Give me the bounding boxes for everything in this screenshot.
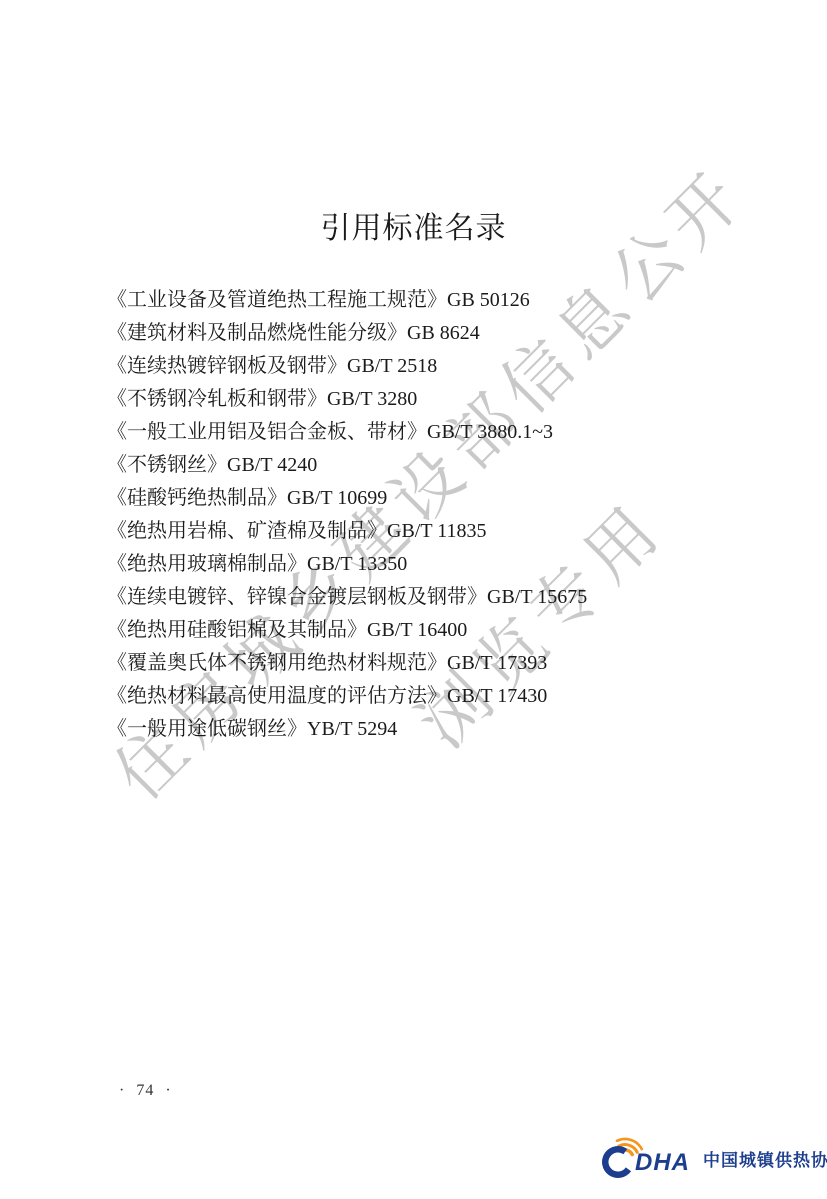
association-name: 中国城镇供热协会: [703, 1152, 827, 1169]
standard-item: 《建筑材料及制品燃烧性能分级》GB 8624: [107, 317, 587, 350]
page-title: 引用标准名录: [107, 203, 720, 247]
standard-name: 《不锈钢冷轧板和钢带》: [107, 388, 327, 410]
standard-name: 《连续电镀锌、锌镍合金镀层钢板及钢带》: [107, 586, 487, 608]
standard-item: 《绝热材料最高使用温度的评估方法》GB/T 17430: [107, 680, 587, 713]
standard-item: 《硅酸钙绝热制品》GB/T 10699: [107, 482, 587, 515]
standard-code: GB/T 4240: [227, 454, 317, 476]
standard-item: 《一般用途低碳钢丝》YB/T 5294: [107, 713, 587, 746]
standard-name: 《建筑材料及制品燃烧性能分级》: [107, 322, 407, 344]
standard-code: GB/T 16400: [367, 619, 467, 641]
standard-code: GB/T 10699: [287, 487, 387, 509]
association-logo: DHA 中国城镇供热协会: [598, 1130, 827, 1178]
document-page: 住房城乡建设部信息公开 浏览专用 引用标准名录 《工业设备及管道绝热工程施工规范…: [0, 0, 827, 1199]
standard-code: GB/T 2518: [347, 355, 437, 377]
standard-name: 《连续热镀锌钢板及钢带》: [107, 355, 347, 377]
standard-code: GB/T 3880.1~3: [427, 421, 553, 443]
standard-item: 《工业设备及管道绝热工程施工规范》GB 50126: [107, 284, 587, 317]
standard-name: 《不锈钢丝》: [107, 454, 227, 476]
standard-code: GB/T 3280: [327, 388, 417, 410]
standard-item: 《连续电镀锌、锌镍合金镀层钢板及钢带》GB/T 15675: [107, 581, 587, 614]
standard-item: 《绝热用玻璃棉制品》GB/T 13350: [107, 548, 587, 581]
standard-name: 《硅酸钙绝热制品》: [107, 487, 287, 509]
standard-item: 《绝热用硅酸铝棉及其制品》GB/T 16400: [107, 614, 587, 647]
standards-list: 《工业设备及管道绝热工程施工规范》GB 50126 《建筑材料及制品燃烧性能分级…: [107, 284, 587, 746]
standard-name: 《绝热材料最高使用温度的评估方法》: [107, 685, 447, 707]
association-abbr: DHA: [635, 1151, 690, 1175]
standard-name: 《覆盖奥氏体不锈钢用绝热材料规范》: [107, 652, 447, 674]
standard-item: 《不锈钢丝》GB/T 4240: [107, 449, 587, 482]
page-number: · 74 ·: [119, 1082, 172, 1100]
standard-item: 《绝热用岩棉、矿渣棉及制品》GB/T 11835: [107, 515, 587, 548]
standard-code: GB 8624: [407, 322, 480, 344]
standard-item: 《连续热镀锌钢板及钢带》GB/T 2518: [107, 350, 587, 383]
standard-name: 《绝热用岩棉、矿渣棉及制品》: [107, 520, 387, 542]
standard-code: GB/T 13350: [307, 553, 407, 575]
standard-code: GB/T 11835: [387, 520, 486, 542]
standard-code: GB/T 15675: [487, 586, 587, 608]
standard-item: 《覆盖奥氏体不锈钢用绝热材料规范》GB/T 17393: [107, 647, 587, 680]
standard-name: 《工业设备及管道绝热工程施工规范》: [107, 289, 447, 311]
standard-item: 《一般工业用铝及铝合金板、带材》GB/T 3880.1~3: [107, 416, 587, 449]
standard-name: 《绝热用玻璃棉制品》: [107, 553, 307, 575]
standard-code: YB/T 5294: [307, 718, 397, 740]
standard-name: 《绝热用硅酸铝棉及其制品》: [107, 619, 367, 641]
standard-item: 《不锈钢冷轧板和钢带》GB/T 3280: [107, 383, 587, 416]
standard-code: GB 50126: [447, 289, 530, 311]
standard-code: GB/T 17430: [447, 685, 547, 707]
standard-code: GB/T 17393: [447, 652, 547, 674]
standard-name: 《一般工业用铝及铝合金板、带材》: [107, 421, 427, 443]
standard-name: 《一般用途低碳钢丝》: [107, 718, 307, 740]
